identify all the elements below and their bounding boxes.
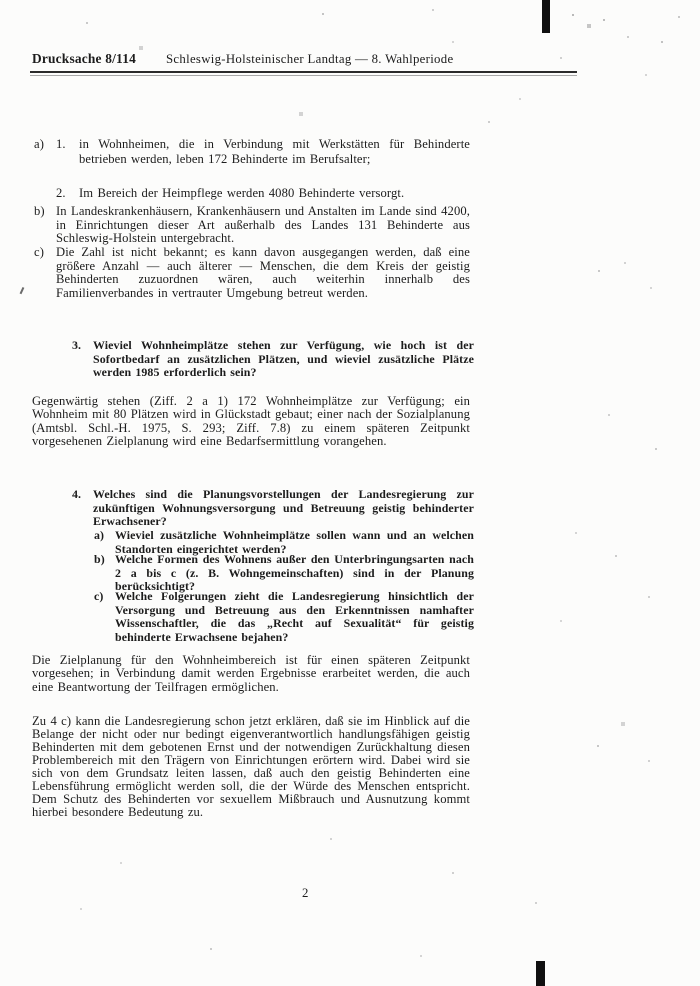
document-page: Drucksache 8/114 Schleswig-Holsteinische…: [0, 0, 700, 986]
question-number: 4.: [72, 488, 93, 502]
scan-mark-top: [542, 0, 550, 33]
question-number: 3.: [72, 339, 93, 353]
question-4c: c) Welche Folgerungen zieht die Landesre…: [94, 590, 474, 644]
scan-noise: [0, 0, 2, 2]
item-marker: b): [34, 205, 56, 219]
answer-item-a2: 2. Im Bereich der Heimpflege werden 4080…: [56, 186, 470, 201]
question-sub-marker: b): [94, 553, 115, 567]
item-marker: 1.: [56, 137, 79, 152]
scan-artifact-slash: [20, 287, 24, 294]
question-4: 4. Welches sind die Planungsvorstellunge…: [72, 488, 474, 529]
answer-item-c: c) Die Zahl ist nicht bekannt; es kann d…: [34, 246, 470, 300]
item-marker: c): [34, 246, 56, 260]
question-sub-marker: c): [94, 590, 115, 604]
document-title: Schleswig-Holsteinischer Landtag — 8. Wa…: [166, 52, 453, 67]
item-marker: a): [34, 137, 56, 152]
question-text: Welches sind die Planungsvorstellungen d…: [93, 488, 474, 529]
header-rule: [30, 71, 577, 73]
question-sub-text: Welche Formen des Wohnens außer den Unte…: [115, 553, 474, 594]
question-text: Wieviel Wohnheimplätze stehen zur Verfüg…: [93, 339, 474, 380]
item-text: In Landeskrankenhäusern, Krankenhäusern …: [56, 205, 470, 246]
question-4b: b) Welche Formen des Wohnens außer den U…: [94, 553, 474, 594]
scan-mark-bottom: [536, 961, 545, 986]
answer-item-b: b) In Landeskrankenhäusern, Krankenhäuse…: [34, 205, 470, 246]
header-rule-echo: [30, 75, 577, 76]
item-text: Die Zahl ist nicht bekannt; es kann davo…: [56, 246, 470, 300]
document-number: Drucksache 8/114: [32, 51, 136, 67]
item-text: Im Bereich der Heimpflege werden 4080 Be…: [79, 186, 470, 201]
page-number: 2: [302, 886, 308, 901]
answer-3-paragraph: Gegenwärtig stehen (Ziff. 2 a 1) 172 Woh…: [32, 395, 470, 449]
question-3: 3. Wieviel Wohnheimplätze stehen zur Ver…: [72, 339, 474, 380]
item-marker: 2.: [56, 186, 79, 201]
question-sub-marker: a): [94, 529, 115, 543]
answer-4-paragraph-1: Die Zielplanung für den Wohnheimbereich …: [32, 654, 470, 694]
answer-4-paragraph-2: Zu 4 c) kann die Landesregierung schon j…: [32, 715, 470, 819]
item-text: in Wohnheimen, die in Verbindung mit Wer…: [79, 137, 470, 167]
question-sub-text: Welche Folgerungen zieht die Landesregie…: [115, 590, 474, 644]
answer-item-a1: a) 1. in Wohnheimen, die in Verbindung m…: [34, 137, 470, 167]
